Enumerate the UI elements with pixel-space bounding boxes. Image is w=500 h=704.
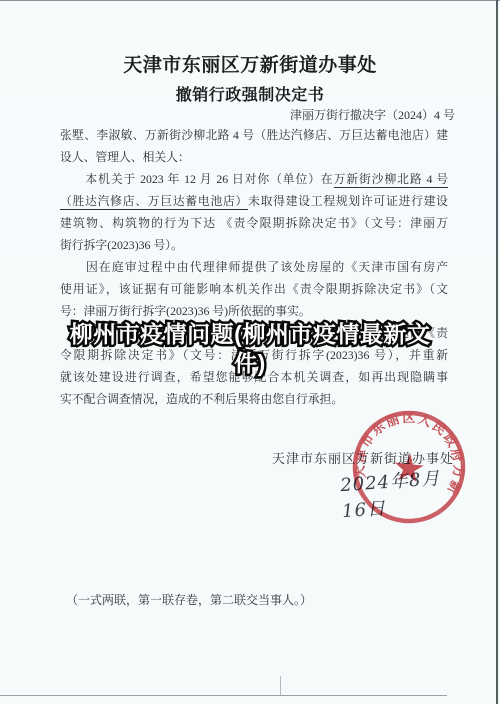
document-number: 津丽万街行撤决字（2024）4 号 [290, 106, 455, 123]
body-text: 未取得建设工程规划许可证进行建设 [248, 194, 448, 208]
scanned-document-page: 天津市东丽区万新街道办事处 撤销行政强制决定书 津丽万街行撤决字（2024）4 … [0, 0, 500, 704]
body-line: 设人、管理人、相关人： [60, 146, 448, 168]
body-text: 建筑物、构筑物的行为下达 《责令限期拆除决定书》（文号：津丽万 [60, 216, 448, 230]
body-text: 本机关于 2023 年 12 月 26 日对你（单位）在 [60, 172, 334, 186]
body-line: 张墅、李淑敏、万新街沙柳北路 4 号（胜达汽修店、万巨达蓄电池店）建 [60, 124, 448, 146]
body-text: 使用证》，该证据有可能影响本机关作出《责令限期拆除决定书》（文 [60, 282, 448, 296]
body-line: （胜达汽修店、万巨达蓄电池店）未取得建设工程规划许可证进行建设 [60, 190, 448, 212]
body-line: 本机关于 2023 年 12 月 26 日对你（单位）在万新街沙柳北路 4 号 [60, 168, 448, 190]
official-seal-stamp: 天津市东丽区人民政府万新街道办事处 ★ [344, 402, 474, 532]
body-text: 号：津丽万街行拆字(2023)36 号)所依据的事实。 [60, 304, 311, 318]
body-line: 因在庭审过程中由代理律师提供了该处房屋的《天津市国有房产 [60, 256, 448, 278]
document-type-title: 撤销行政强制决定书 [0, 82, 500, 105]
body-line: 使用证》，该证据有可能影响本机关作出《责令限期拆除决定书》（文 [60, 278, 448, 300]
body-line: 号：津丽万街行拆字(2023)36 号)所依据的事实。 [60, 300, 448, 322]
caption-line-2: 件) [0, 349, 500, 378]
underlined-text: 万新街沙柳北路 4 号 [334, 172, 448, 188]
superimposed-caption: 柳州市疫情问题(柳州市疫情最新文 件) 柳州市疫情问题(柳州市疫情最新文 件) [0, 320, 500, 380]
body-line: 街行拆字(2023)36 号）。 [60, 234, 448, 256]
scan-edge-bottom-tick [280, 676, 281, 695]
body-text: 张墅、李淑敏、万新街沙柳北路 4 号（胜达汽修店、万巨达蓄电池店）建 [60, 128, 448, 142]
body-text: 街行拆字(2023)36 号）。 [60, 238, 183, 252]
copy-distribution-note: （一式两联，第一联存卷，第二联交当事人。） [66, 591, 312, 608]
body-text: 设人、管理人、相关人： [60, 150, 190, 164]
body-text: 因在庭审过程中由代理律师提供了该处房屋的《天津市国有房产 [60, 260, 448, 274]
caption-fill-layer: 柳州市疫情问题(柳州市疫情最新文 件) [0, 320, 500, 378]
scan-edge-bottom-line [0, 695, 447, 696]
seal-star-icon: ★ [390, 446, 428, 491]
underlined-text: （胜达汽修店、万巨达蓄电池店） [60, 194, 248, 210]
issuing-org-title: 天津市东丽区万新街道办事处 [0, 50, 500, 77]
caption-line-1: 柳州市疫情问题(柳州市疫情最新文 [0, 320, 500, 349]
scan-edge-top-line [0, 0, 500, 1]
body-text: 实不配合调查情况，造成的不利后果将由您自行承担。 [60, 392, 343, 406]
body-line: 建筑物、构筑物的行为下达 《责令限期拆除决定书》（文号：津丽万 [60, 212, 448, 234]
